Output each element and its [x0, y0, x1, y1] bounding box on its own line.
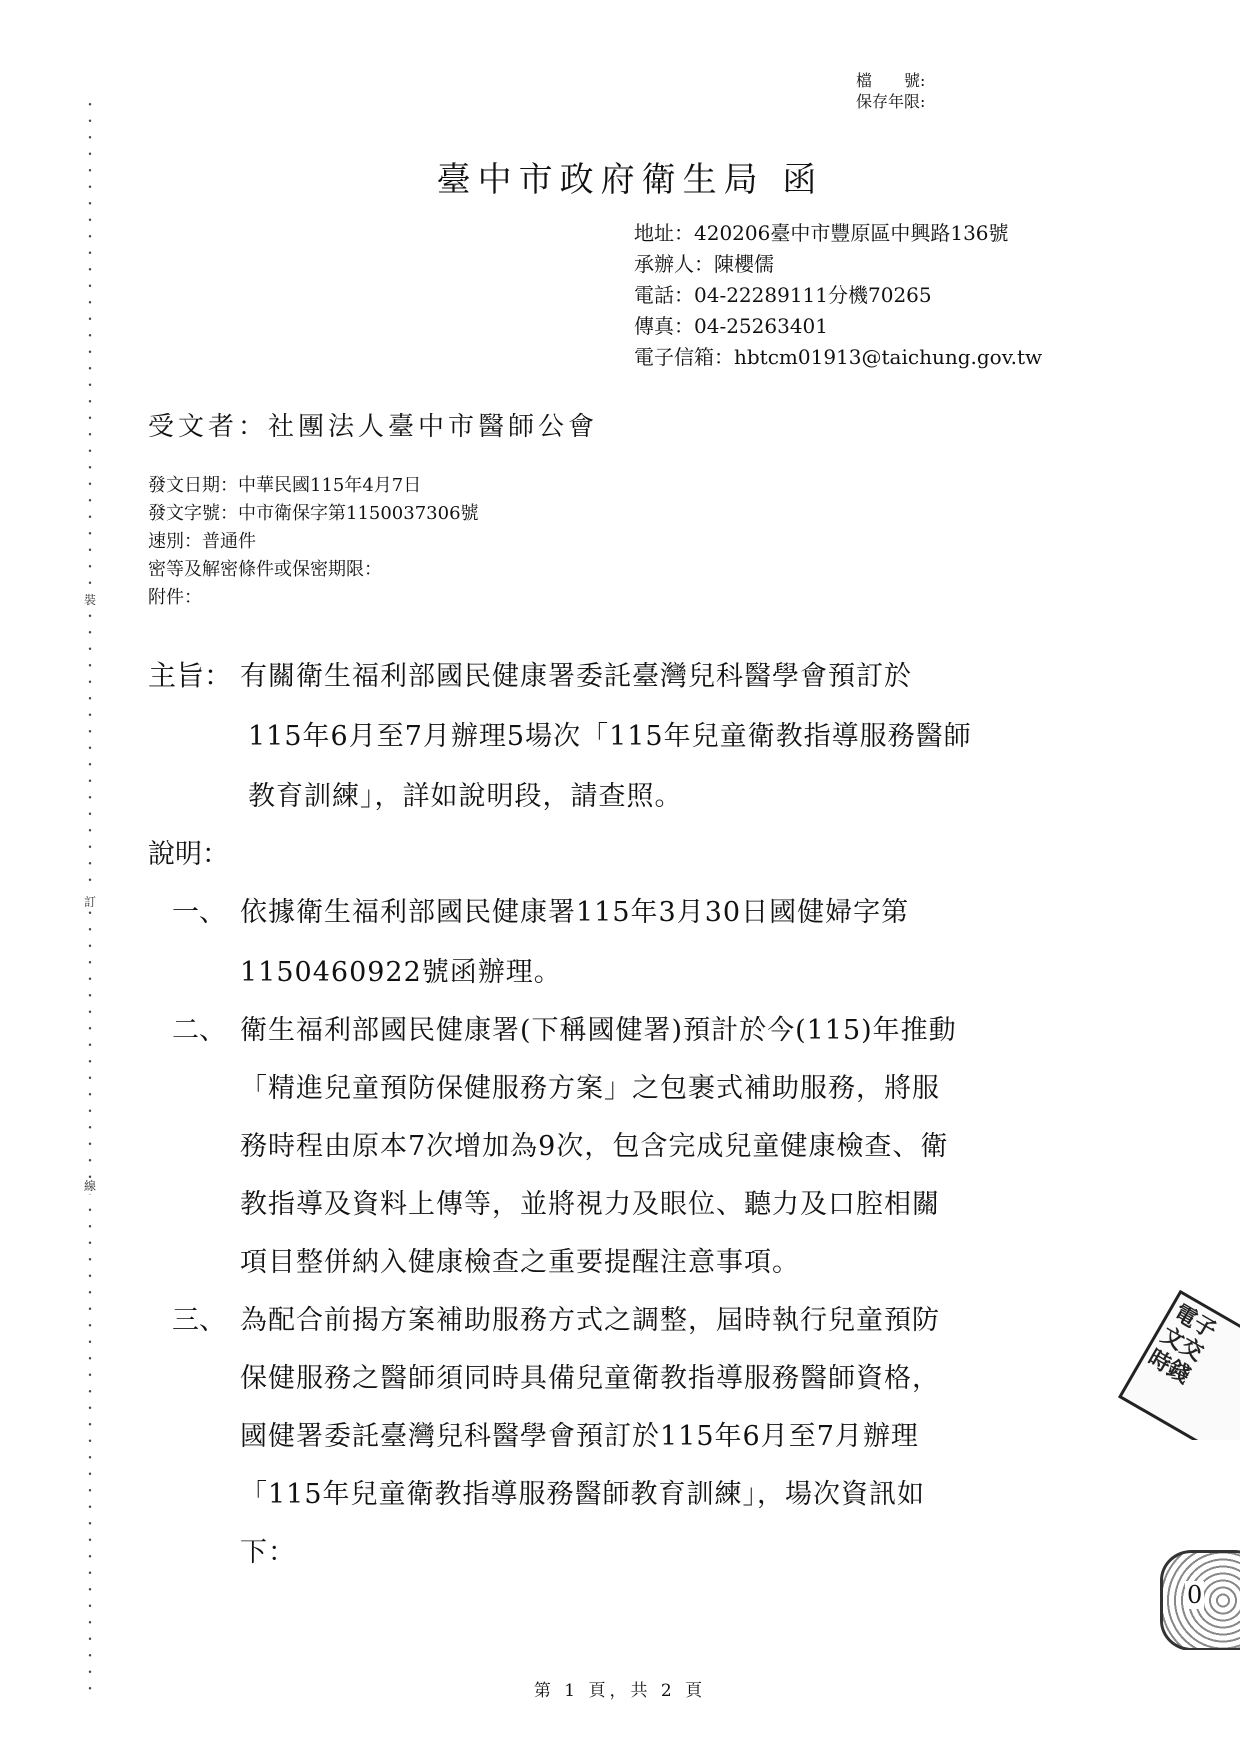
sender-address: 地址：420206臺中市豐原區中興路136號: [634, 218, 1042, 249]
sender-email: 電子信箱：hbtcm01913@taichung.gov.tw: [634, 342, 1042, 373]
binding-mark-zhuang: 裝: [82, 592, 98, 608]
retention-period-label: 保存年限:: [856, 91, 925, 112]
item-number: 二、: [172, 1008, 226, 1047]
document-number: 發文字號：中市衛保字第1150037306號: [148, 500, 479, 528]
archive-info: 檔 號: 保存年限:: [856, 70, 925, 112]
confidentiality: 密等及解密條件或保密期限：: [148, 556, 479, 584]
item-number: 一、: [172, 890, 226, 929]
item-line: 務時程由原本7次增加為9次，包含完成兒童健康檢查、衛: [240, 1124, 948, 1163]
recipient: 受文者：社團法人臺中市醫師公會: [148, 406, 598, 443]
seal-stamp-body: 0: [1160, 1550, 1240, 1650]
item-line: 衛生福利部國民健康署(下稱國健署)預計於今(115)年推動: [240, 1008, 957, 1047]
subject-line: 教育訓練」，詳如說明段，請查照。: [248, 774, 683, 813]
item-number: 三、: [172, 1298, 226, 1337]
seal-stamp: 0: [1150, 1540, 1240, 1650]
subject-line: 115年6月至7月辦理5場次「115年兒童衛教指導服務醫師: [248, 714, 972, 753]
subject-label: 主旨：: [148, 654, 232, 694]
sender-phone: 電話：04-22289111分機70265: [634, 280, 1042, 311]
sender-handler: 承辦人：陳櫻儒: [634, 249, 1042, 280]
binding-mark-xian: 線: [82, 1178, 98, 1194]
subject-line: 有關衛生福利部國民健康署委託臺灣兒科醫學會預訂於: [240, 654, 912, 693]
issue-date: 發文日期：中華民國115年4月7日: [148, 472, 479, 500]
item-line: 「精進兒童預防保健服務方案」之包裹式補助服務，將服: [240, 1066, 940, 1105]
document-meta: 發文日期：中華民國115年4月7日 發文字號：中市衛保字第1150037306號…: [148, 472, 479, 612]
attachments: 附件：: [148, 584, 479, 612]
item-line: 國健署委託臺灣兒科醫學會預訂於115年6月至7月辦理: [240, 1414, 919, 1453]
seal-number: 0: [1185, 1581, 1204, 1609]
explanation-label: 說明：: [148, 832, 229, 871]
item-line: 保健服務之醫師須同時具備兒童衛教指導服務醫師資格，: [240, 1356, 940, 1395]
sender-info: 地址：420206臺中市豐原區中興路136號 承辦人：陳櫻儒 電話：04-222…: [634, 218, 1042, 373]
item-line: 依據衛生福利部國民健康署115年3月30日國健婦字第: [240, 890, 909, 929]
receipt-stamp-text: 電子 文交 時錢: [1118, 1290, 1240, 1440]
item-line: 教指導及資料上傳等，並將視力及眼位、聽力及口腔相關: [240, 1182, 940, 1221]
delivery-speed: 速別：普通件: [148, 528, 479, 556]
binding-mark-ding: 訂: [82, 894, 98, 910]
item-line: 「115年兒童衛教指導服務醫師教育訓練」，場次資訊如: [240, 1472, 925, 1511]
item-line: 為配合前揭方案補助服務方式之調整，屆時執行兒童預防: [240, 1298, 940, 1337]
sender-fax: 傳真：04-25263401: [634, 311, 1042, 342]
item-line: 項目整併納入健康檢查之重要提醒注意事項。: [240, 1240, 800, 1279]
file-number-label: 檔 號:: [856, 70, 925, 91]
page-indicator: 第 1 頁，共 2 頁: [0, 1676, 1240, 1701]
item-line: 下：: [240, 1530, 296, 1569]
receipt-stamp: 電子 文交 時錢: [1110, 1290, 1240, 1440]
item-line: 1150460922號函辦理。: [240, 950, 562, 989]
document-title: 臺中市政府衛生局 函: [0, 152, 1240, 201]
